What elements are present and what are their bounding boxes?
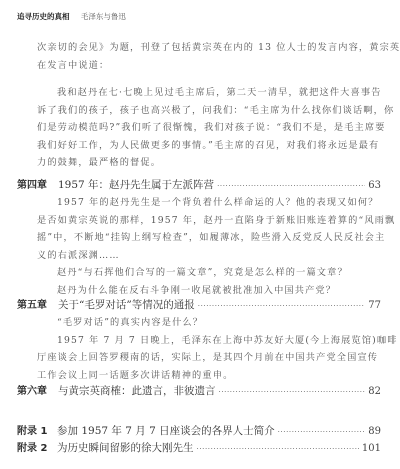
book-title: 追寻历史的真相 (17, 12, 70, 21)
toc-entry-chapter-4[interactable]: 第四章 1957 年：赵丹先生属于左派阵营 63 (17, 177, 381, 194)
toc-entry-chapter-5[interactable]: 第五章 关于“毛罗对话”等情况的通报 77 (17, 297, 381, 314)
text-line: 摇”中，不断地“挂钩上纲写检查”，如履薄冰，险些滑入反党反人民反社会主 (37, 229, 379, 247)
page-number: 101 (362, 441, 381, 457)
dot-leader (217, 178, 365, 194)
page-number: 63 (368, 178, 381, 194)
page-number: 89 (368, 424, 381, 440)
text-line: 1957 年的赵丹先生是一个背负着什么样命运的人？他的表现又如何？ (37, 194, 379, 212)
page-number: 77 (368, 298, 381, 314)
text-line: 们是劳动模范吗?”我们听了很惭愧，我们对孩子说：“我们不是，是毛主席要 (37, 119, 379, 137)
running-head: 追寻历史的真相 毛泽东与鲁迅 (17, 11, 126, 22)
chapter-5-summary: “毛罗对话”的真实内容是什么？ 1957 年 7 月 7 日晚上，毛泽东在上海中… (37, 314, 379, 384)
dot-leader (198, 298, 366, 314)
text-line: 赵丹“与石挥他们合写的一篇文章”，究竟是怎么样的一篇文章？ (37, 264, 379, 282)
text-line: 义的右派深渊…… (37, 247, 379, 265)
chapter-4-summary: 1957 年的赵丹先生是一个背负着什么样命运的人？他的表现又如何？ 是否如黄宗英… (37, 194, 379, 300)
dot-leader (219, 384, 366, 400)
text-line: 1957 年 7 月 7 日晚上，毛泽东在上海中苏友好大厦(今上海展览馆)咖啡 (37, 332, 379, 350)
text-line: 我和赵丹在七·七晚上见过毛主席后，第二天一清早，就把这件大喜事告 (37, 84, 379, 102)
toc-entry-appendix-1[interactable]: 附录 1 参加 1957 年 7 月 7 日座谈会的各界人士简介 89 (17, 423, 381, 440)
intro-paragraph: 次亲切的会见》为题，刊登了包括黄宗英在内的 13 位人士的发言内容，黄宗英 在发… (37, 39, 379, 74)
chapter-number: 第五章 (17, 298, 58, 314)
chapter-number: 第四章 (17, 178, 58, 194)
dot-leader (278, 424, 366, 440)
text-line: 力的鼓舞，最严格的督促。 (37, 154, 379, 172)
toc-entry-chapter-6[interactable]: 第六章 与黄宗英商榷：此遗言，非彼遗言 82 (17, 383, 381, 400)
page-number: 82 (368, 384, 381, 400)
text-line: 我们好好工作，为人民做更多的事情。”毛主席的召见，对我们将永远是最有 (37, 137, 379, 155)
text-line: 工作会议上同一话题多次讲话精神的重申。 (37, 367, 379, 385)
text-line: 诉了我们的孩子，孩子也高兴极了，问我们：“毛主席为什么找你们谈话啊，你 (37, 102, 379, 120)
chapter-title: 与黄宗英商榷：此遗言，非彼遗言 (58, 383, 216, 399)
dot-leader (197, 441, 359, 457)
chapter-title: 关于“毛罗对话”等情况的通报 (58, 297, 195, 313)
appendix-title: 为历史瞬间留影的徐大刚先生 (57, 440, 194, 456)
toc-entry-appendix-2[interactable]: 附录 2 为历史瞬间留影的徐大刚先生 101 (17, 440, 381, 457)
text-line: 是否如黄宗英说的那样，1957 年，赵丹一直陷身于新账旧账连着算的“风雨飘 (37, 212, 379, 230)
text-line: 在发言中说道： (37, 57, 379, 75)
appendix-title: 参加 1957 年 7 月 7 日座谈会的各界人士简介 (57, 423, 275, 439)
text-line: 厅座谈会上回答罗稷南的话，实际上，是其四个月前在中国共产党全国宣传 (37, 349, 379, 367)
chapter-title: 1957 年：赵丹先生属于左派阵营 (58, 177, 214, 193)
text-line: 次亲切的会见》为题，刊登了包括黄宗英在内的 13 位人士的发言内容，黄宗英 (37, 39, 379, 57)
appendix-number: 附录 1 (17, 424, 57, 440)
quote-paragraph: 我和赵丹在七·七晚上见过毛主席后，第二天一清早，就把这件大喜事告 诉了我们的孩子… (37, 84, 379, 172)
chapter-number: 第六章 (17, 384, 58, 400)
appendix-number: 附录 2 (17, 441, 57, 457)
text-line: “毛罗对话”的真实内容是什么？ (37, 314, 379, 332)
book-subtitle: 毛泽东与鲁迅 (81, 12, 126, 21)
